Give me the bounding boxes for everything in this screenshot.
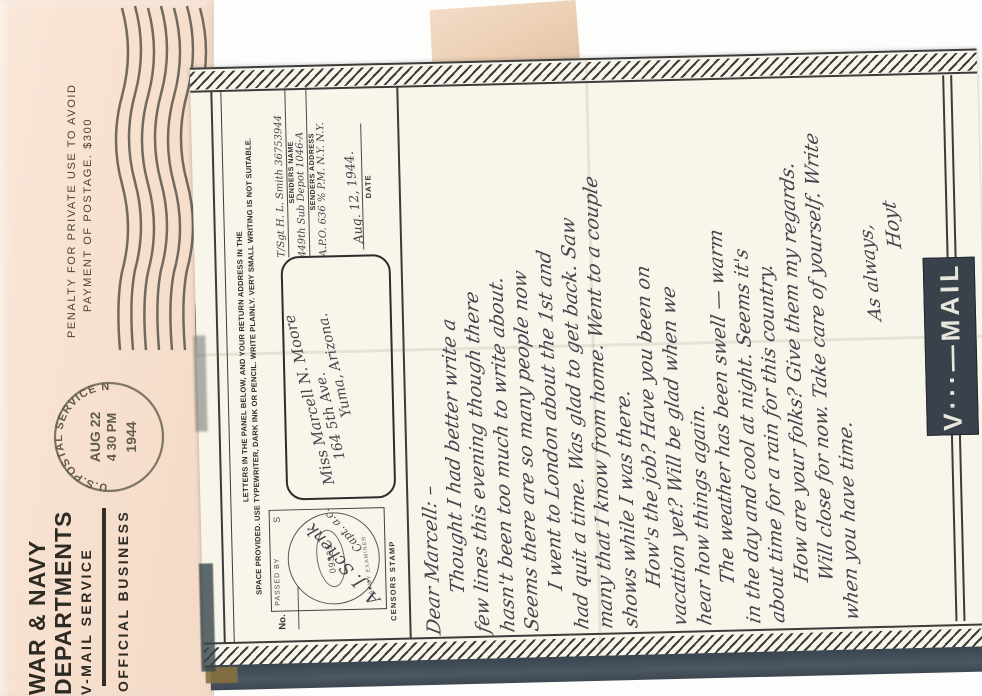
passed-by-label: PASSED BY: [274, 557, 282, 605]
penalty-notice: PENALTY FOR PRIVATE USE TO AVOID PAYMENT…: [64, 66, 96, 338]
letter-body: Dear Marcell: – Thought I had better wri…: [403, 72, 909, 635]
vmail-logo: V···—MAIL: [923, 257, 979, 436]
address-panel: Miss Marcell N. Moore 164 5th Ave. Yuma,…: [280, 254, 396, 501]
penalty-line-2: PAYMENT OF POSTAGE. $300: [80, 66, 96, 338]
form-instructions: LETTERS IN THE PANEL BELOW, AND YOUR RET…: [230, 96, 265, 636]
return-line-3: V-MAIL SERVICE: [76, 483, 96, 695]
censor-area: No. PASSED BY S 09335 ARMY EXAMINER A. J…: [264, 481, 400, 636]
penalty-line-1: PENALTY FOR PRIVATE USE TO AVOID: [64, 66, 80, 338]
scanned-vmail-photo: PENALTY FOR PRIVATE USE TO AVOID PAYMENT…: [0, 0, 982, 696]
sender-block: T/Sgt H. L. Smith 36753944 SENDERS NAME …: [272, 86, 329, 257]
vmail-form: LETTERS IN THE PANEL BELOW, AND YOUR RET…: [190, 49, 982, 668]
censor-stamp-box: PASSED BY S 09335 ARMY EXAMINER A. J. Sc…: [269, 507, 387, 612]
examiner-letter: S: [272, 517, 282, 523]
postmark-time: 4 30 PM: [104, 413, 119, 461]
divider-rule: [102, 508, 106, 686]
return-line-2: DEPARTMENTS: [50, 483, 76, 695]
postmark-year: 1944: [123, 421, 139, 452]
recipient-address: Miss Marcell N. Moore 164 5th Ave. Yuma,…: [280, 306, 369, 487]
return-address-block: WAR & NAVY DEPARTMENTS V-MAIL SERVICE: [24, 483, 96, 695]
postmark-date: AUG 22: [87, 412, 103, 463]
postmark-stamp: U.S.POSTAL SERVICE NO.2 AUG 22 4 30 PM 1…: [50, 378, 168, 496]
edge-smudge: [199, 563, 216, 671]
official-business-block: OFFICIAL BUSINESS: [102, 492, 131, 692]
edge-smudge: [193, 335, 207, 431]
return-line-1: WAR & NAVY: [24, 483, 50, 695]
official-business-label: OFFICIAL BUSINESS: [115, 492, 131, 692]
date-field: Aug. 12, 1944. DATE: [343, 123, 374, 250]
vmail-letter: LETTERS IN THE PANEL BELOW, AND YOUR RET…: [190, 48, 982, 671]
envelope: PENALTY FOR PRIVATE USE TO AVOID PAYMENT…: [0, 0, 214, 696]
censors-stamp-caption: CENSORS STAMP: [387, 540, 398, 621]
